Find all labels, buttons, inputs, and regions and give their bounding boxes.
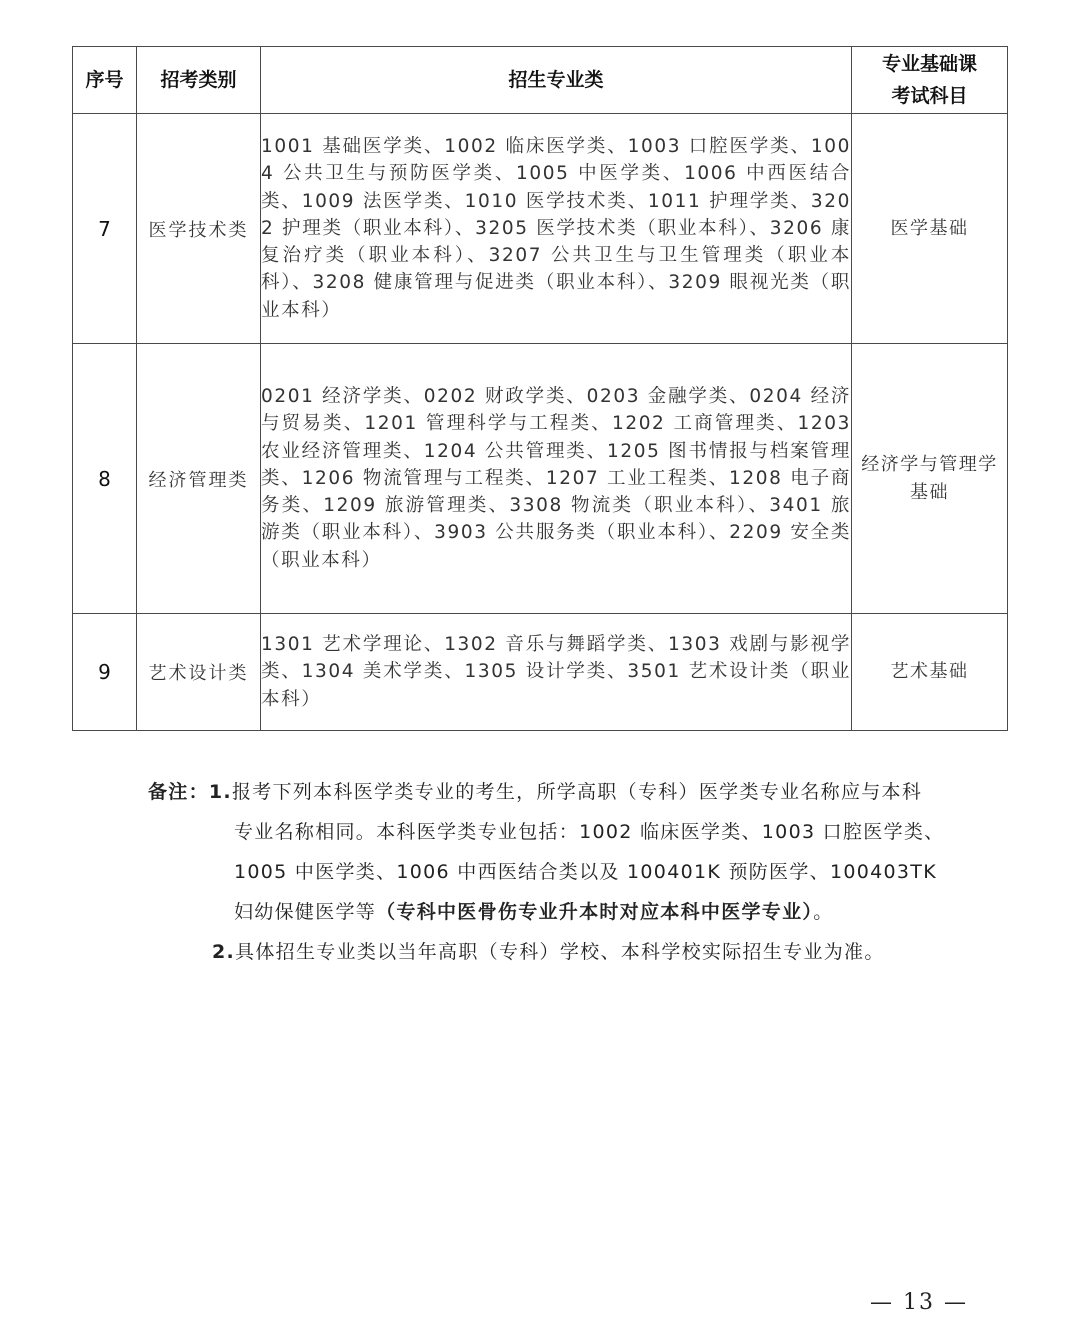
row-exam-subject: 医学基础	[852, 114, 1008, 344]
header-category: 招考类别	[137, 47, 261, 114]
row-category: 医学技术类	[137, 114, 261, 344]
row-exam-subject-line1: 医学基础	[852, 215, 1007, 243]
note-1-line-4: 妇幼保健医学等（专科中医骨伤专业升本时对应本科中医学专业）。	[148, 896, 988, 936]
note-2-number: 2.	[212, 941, 235, 963]
row-index: 9	[73, 614, 137, 731]
note-1-line-2: 专业名称相同。本科医学类专业包括：1002 临床医学类、1003 口腔医学类、	[148, 816, 988, 856]
row-category: 经济管理类	[137, 344, 261, 614]
header-exam-subject-line2: 考试科目	[852, 80, 1007, 112]
note-1-emphasis: （专科中医骨伤专业升本时对应本科中医学专业）	[376, 901, 813, 923]
row-exam-subject: 艺术基础	[852, 614, 1008, 731]
row-index: 7	[73, 114, 137, 344]
row-majors: 0201 经济学类、0202 财政学类、0203 金融学类、0204 经济与贸易…	[261, 344, 852, 614]
notes-label: 备注：	[148, 781, 209, 803]
note-1-line-4-text: 妇幼保健医学等	[234, 901, 376, 923]
row-majors: 1301 艺术学理论、1302 音乐与舞蹈学类、1303 戏剧与影视学类、130…	[261, 614, 852, 731]
note-1-number: 1.	[209, 781, 232, 803]
note-1-line-3: 1005 中医学类、1006 中西医结合类以及 100401K 预防医学、100…	[148, 856, 988, 896]
header-majors: 招生专业类	[261, 47, 852, 114]
note-1-text: 报考下列本科医学类专业的考生，所学高职（专科）医学类专业名称应与本科	[232, 781, 922, 803]
header-index: 序号	[73, 47, 137, 114]
header-exam-subject: 专业基础课 考试科目	[852, 47, 1008, 114]
row-exam-subject: 经济学与管理学 基础	[852, 344, 1008, 614]
row-exam-subject-line1: 艺术基础	[852, 658, 1007, 686]
page-number: — 13 —	[870, 1290, 968, 1315]
row-category: 艺术设计类	[137, 614, 261, 731]
row-exam-subject-line1: 经济学与管理学	[852, 451, 1007, 479]
header-exam-subject-line1: 专业基础课	[852, 48, 1007, 80]
note-1-tail: 。	[813, 901, 833, 923]
note-2-text: 具体招生专业类以当年高职（专科）学校、本科学校实际招生专业为准。	[235, 941, 885, 963]
note-2-line-1: 2.具体招生专业类以当年高职（专科）学校、本科学校实际招生专业为准。	[148, 936, 988, 976]
table-row: 9 艺术设计类 1301 艺术学理论、1302 音乐与舞蹈学类、1303 戏剧与…	[73, 614, 1008, 731]
row-majors: 1001 基础医学类、1002 临床医学类、1003 口腔医学类、1004 公共…	[261, 114, 852, 344]
note-1-line-1: 备注：1.报考下列本科医学类专业的考生，所学高职（专科）医学类专业名称应与本科	[148, 776, 988, 816]
table-row: 7 医学技术类 1001 基础医学类、1002 临床医学类、1003 口腔医学类…	[73, 114, 1008, 344]
major-category-table: 序号 招考类别 招生专业类 专业基础课 考试科目 7 医学技术类 1001 基础…	[72, 46, 1008, 731]
document-page: 序号 招考类别 招生专业类 专业基础课 考试科目 7 医学技术类 1001 基础…	[0, 0, 1080, 1326]
notes-section: 备注：1.报考下列本科医学类专业的考生，所学高职（专科）医学类专业名称应与本科 …	[148, 776, 988, 976]
table-row: 8 经济管理类 0201 经济学类、0202 财政学类、0203 金融学类、02…	[73, 344, 1008, 614]
table-header-row: 序号 招考类别 招生专业类 专业基础课 考试科目	[73, 47, 1008, 114]
row-index: 8	[73, 344, 137, 614]
row-exam-subject-line2: 基础	[852, 479, 1007, 507]
